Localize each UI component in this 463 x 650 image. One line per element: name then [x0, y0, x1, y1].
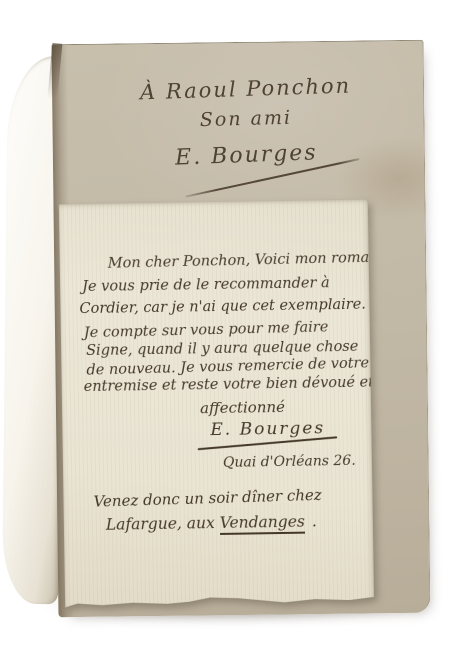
dedication-signature: E. Bourges [69, 136, 425, 175]
letter-closing: affectionné [200, 398, 285, 417]
letter-postscript-line1: Venez donc un soir dîner chez [93, 486, 322, 511]
letter-line: entremise et reste votre bien dévoué et [84, 375, 375, 396]
letter-postscript-line2: Lafargue, auxVendanges. [106, 512, 317, 533]
letter-line: Je compte sur vous pour me faire [84, 319, 329, 341]
letter-sheet: Mon cher Ponchon, Voici mon roman. Je vo… [59, 200, 374, 608]
postscript-prefix: Lafargue, aux [106, 514, 215, 534]
book-photograph: À Raoul Ponchon Son ami E. Bourges Mon c… [0, 0, 463, 650]
postscript-underlined-word: Vendanges [220, 513, 305, 535]
dedication-greeting: Son ami [68, 103, 423, 134]
letter-line: Je vous prie de le recommander à [82, 275, 330, 295]
dedication-inscription: À Raoul Ponchon Son ami E. Bourges [52, 75, 424, 171]
letter-address: Quai d'Orléans 26. [223, 453, 356, 471]
postscript-suffix: . [312, 512, 317, 530]
letter-line: Cordier, car je n'ai que cet exemplaire. [79, 297, 366, 317]
letter-line: Mon cher Ponchon, Voici mon roman. [108, 249, 384, 271]
autograph-letter: Mon cher Ponchon, Voici mon roman. Je vo… [59, 200, 374, 608]
dedication-recipient: À Raoul Ponchon [68, 71, 424, 107]
letter-signature: E. Bourges [210, 418, 325, 440]
